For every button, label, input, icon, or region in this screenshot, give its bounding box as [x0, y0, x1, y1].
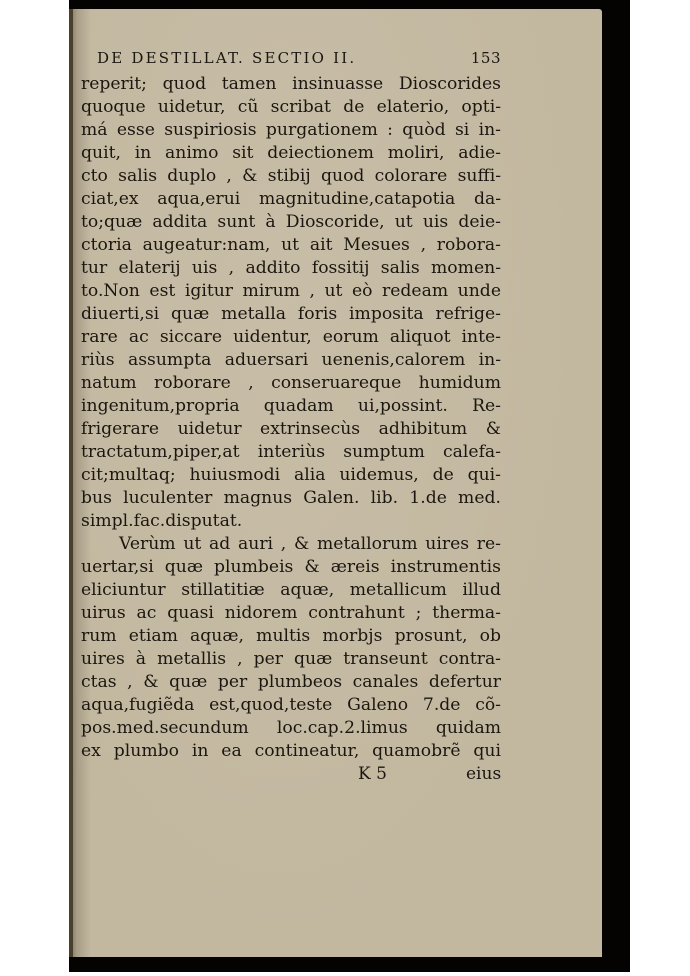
- text-line: uirus ac quasi nidorem contrahunt ; ther…: [81, 602, 501, 625]
- running-head-title: DE DESTILLAT. SECTIO II.: [97, 49, 356, 67]
- text-line: to.Non est igitur mirum , ut eò redeam u…: [81, 280, 501, 303]
- text-line: cto salis duplo , & stibij quod colorare…: [81, 165, 501, 188]
- page-number: 153: [471, 49, 501, 67]
- text-line: ciat,ex aqua,erui magnitudine,catapotia …: [81, 188, 501, 211]
- scanned-page-image: DE DESTILLAT. SECTIO II. 153 reperit; qu…: [69, 0, 630, 972]
- text-line: diuerti,si quæ metalla foris imposita re…: [81, 303, 501, 326]
- text-line: uires à metallis , per quæ transeunt con…: [81, 648, 501, 671]
- text-line: reperit; quod tamen insinuasse Dioscorid…: [81, 73, 501, 96]
- text-line: má esse suspiriosis purgationem : quòd s…: [81, 119, 501, 142]
- text-line: ingenitum,propria quadam ui,possint. Re-: [81, 395, 501, 418]
- catchword: eius: [466, 763, 501, 786]
- text-line: aqua,fugiẽda est,quod,teste Galeno 7.de …: [81, 694, 501, 717]
- page-gutter: [69, 9, 73, 957]
- signature-mark: K 5: [358, 763, 387, 786]
- text-line: ctas , & quæ per plumbeos canales defert…: [81, 671, 501, 694]
- text-line: to;quæ addita sunt à Dioscoride, ut uis …: [81, 211, 501, 234]
- book-page: DE DESTILLAT. SECTIO II. 153 reperit; qu…: [69, 9, 602, 957]
- text-line: quit, in animo sit deiectionem moliri, a…: [81, 142, 501, 165]
- text-line: pos.med.secundum loc.cap.2.limus quidam: [81, 717, 501, 740]
- text-line: simpl.fac.disputat.: [81, 510, 501, 533]
- text-line: rare ac siccare uidentur, eorum aliquot …: [81, 326, 501, 349]
- text-line: uertar,si quæ plumbeis & æreis instrumen…: [81, 556, 501, 579]
- text-line: frigerare uidetur extrinsecùs adhibitum …: [81, 418, 501, 441]
- text-line: cit;multaq; huiusmodi alia uidemus, de q…: [81, 464, 501, 487]
- text-line: rum etiam aquæ, multis morbjs prosunt, o…: [81, 625, 501, 648]
- text-line: bus luculenter magnus Galen. lib. 1.de m…: [81, 487, 501, 510]
- text-line: tur elaterij uis , addito fossitij salis…: [81, 257, 501, 280]
- text-line: quoque uidetur, cũ scribat de elaterio, …: [81, 96, 501, 119]
- text-line: riùs assumpta aduersari uenenis,calorem …: [81, 349, 501, 372]
- text-line: ctoria augeatur:nam, ut ait Mesues , rob…: [81, 234, 501, 257]
- text-line: ex plumbo in ea contineatur, quamobrẽ qu…: [81, 740, 501, 763]
- text-line: natum roborare , conseruareque humidum: [81, 372, 501, 395]
- text-line: Verùm ut ad auri , & metallorum uires re…: [119, 533, 501, 556]
- running-header: DE DESTILLAT. SECTIO II. 153: [97, 49, 501, 73]
- text-line: tractatum,piper,at interiùs sumptum cale…: [81, 441, 501, 464]
- text-line: eliciuntur stillatitiæ aquæ, metallicum …: [81, 579, 501, 602]
